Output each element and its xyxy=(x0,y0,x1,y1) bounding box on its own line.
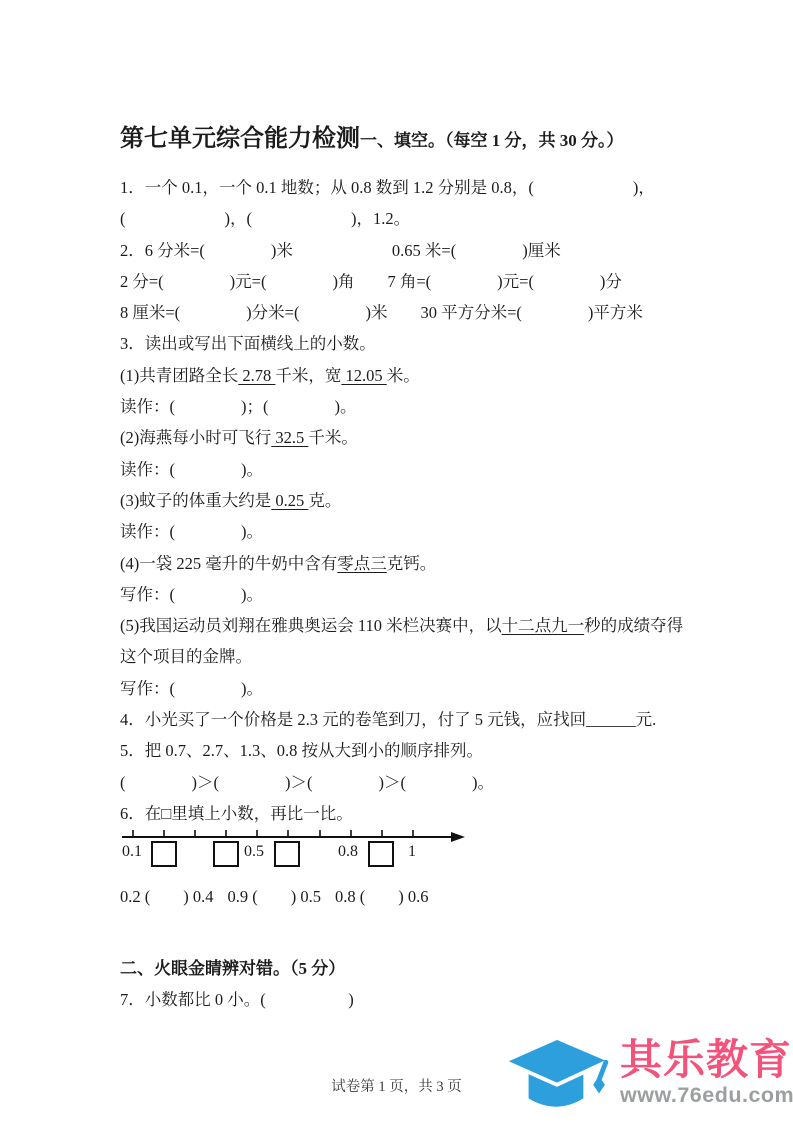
underlined-number: 0.25 xyxy=(271,491,308,510)
arrow-right-icon xyxy=(451,832,465,842)
axis-label-1: 1 xyxy=(408,843,416,861)
question-3-item-3: (3)蚊子的体重大约是 0.25 克。 xyxy=(120,485,685,516)
brand-name: 其乐教育 xyxy=(620,1038,793,1082)
question-4: 4．小光买了一个价格是 2.3 元的卷笔到刀，付了 5 元钱，应找回______… xyxy=(120,704,685,735)
axis-label-0-8: 0.8 xyxy=(338,843,358,861)
section-2-title: 二、火眼金睛辨对错。（5 分） xyxy=(120,953,685,984)
page-title: 第七单元综合能力检测一、填空。（每空 1 分，共 30 分。） xyxy=(120,118,685,158)
question-3-read-3: 读作：( )。 xyxy=(120,516,685,547)
compare-item-2: 0.9 ( ) 0.5 xyxy=(228,881,322,912)
question-6-compare-row: 0.2 ( ) 0.40.9 ( ) 0.50.8 ( ) 0.6 xyxy=(120,881,685,912)
question-3-item-5-line-2: 这个项目的金牌。 xyxy=(120,641,685,672)
axis-label-0-1: 0.1 xyxy=(122,843,142,861)
underlined-words: 十二点九一 xyxy=(502,616,585,635)
number-line-figure: 0.1 0.5 0.8 1 xyxy=(120,829,472,881)
question-5-header: 5．把 0.7、2.7、1.3、0.8 按从大到小的顺序排列。 xyxy=(120,735,685,766)
underlined-number: 32.5 xyxy=(271,428,308,447)
question-5-answer-line: ( )＞( )＞( )＞( )。 xyxy=(120,767,685,798)
answer-box-1 xyxy=(151,841,177,867)
test-paper-page: 第七单元综合能力检测一、填空。（每空 1 分，共 30 分。） 1．一个 0.1… xyxy=(120,118,685,1015)
question-3-item-4: (4)一袋 225 毫升的牛奶中含有零点三克钙。 xyxy=(120,548,685,579)
question-3-header: 3．读出或写出下面横线上的小数。 xyxy=(120,328,685,359)
unit-title: 第七单元综合能力检测 xyxy=(120,126,360,152)
question-3-item-1: (1)共青团路全长 2.78 千米，宽 12.05 米。 xyxy=(120,360,685,391)
question-1-line-1: 1．一个 0.1，一个 0.1 地数；从 0.8 数到 1.2 分别是 0.8，… xyxy=(120,172,685,203)
section-1-title: 一、填空。（每空 1 分，共 30 分。） xyxy=(360,131,624,150)
question-3-write-4: 写作：( )。 xyxy=(120,579,685,610)
question-3-item-5-line-1: (5)我国运动员刘翔在雅典奥运会 110 米栏决赛中，以十二点九一秒的成绩夺得 xyxy=(120,610,685,641)
brand-logo: 其乐教育 www.76edu.com xyxy=(496,1028,793,1118)
question-3-read-2: 读作：( )。 xyxy=(120,454,685,485)
compare-item-1: 0.2 ( ) 0.4 xyxy=(120,881,214,912)
brand-url: www.76edu.com xyxy=(620,1083,793,1108)
question-2-line-3: 8 厘米=( )分米=( )米 30 平方分米=( )平方米 xyxy=(120,297,685,328)
answer-box-2 xyxy=(213,841,239,867)
underlined-words: 零点三 xyxy=(337,554,387,573)
axis-label-0-5: 0.5 xyxy=(244,843,264,861)
question-6-header: 6．在□里填上小数，再比一比。 xyxy=(120,798,685,829)
question-7: 7．小数都比 0 小。( ) xyxy=(120,984,685,1015)
question-3-item-2: (2)海燕每小时可飞行 32.5 千米。 xyxy=(120,422,685,453)
answer-box-3 xyxy=(274,841,300,867)
question-2-line-1: 2．6 分米=( )米 0.65 米=( )厘米 xyxy=(120,235,685,266)
underlined-number: 2.78 xyxy=(238,366,275,385)
question-3-write-5: 写作：( )。 xyxy=(120,673,685,704)
compare-item-3: 0.8 ( ) 0.6 xyxy=(335,881,429,912)
question-1-line-2: ( )，( )，1.2。 xyxy=(120,203,685,234)
brand-text: 其乐教育 www.76edu.com xyxy=(620,1038,793,1108)
graduation-cap-icon xyxy=(496,1028,614,1118)
underlined-number: 12.05 xyxy=(341,366,386,385)
question-2-line-2: 2 分=( )元=( )角 7 角=( )元=( )分 xyxy=(120,266,685,297)
question-3-read-1: 读作：( )；( )。 xyxy=(120,391,685,422)
answer-box-4 xyxy=(368,841,394,867)
